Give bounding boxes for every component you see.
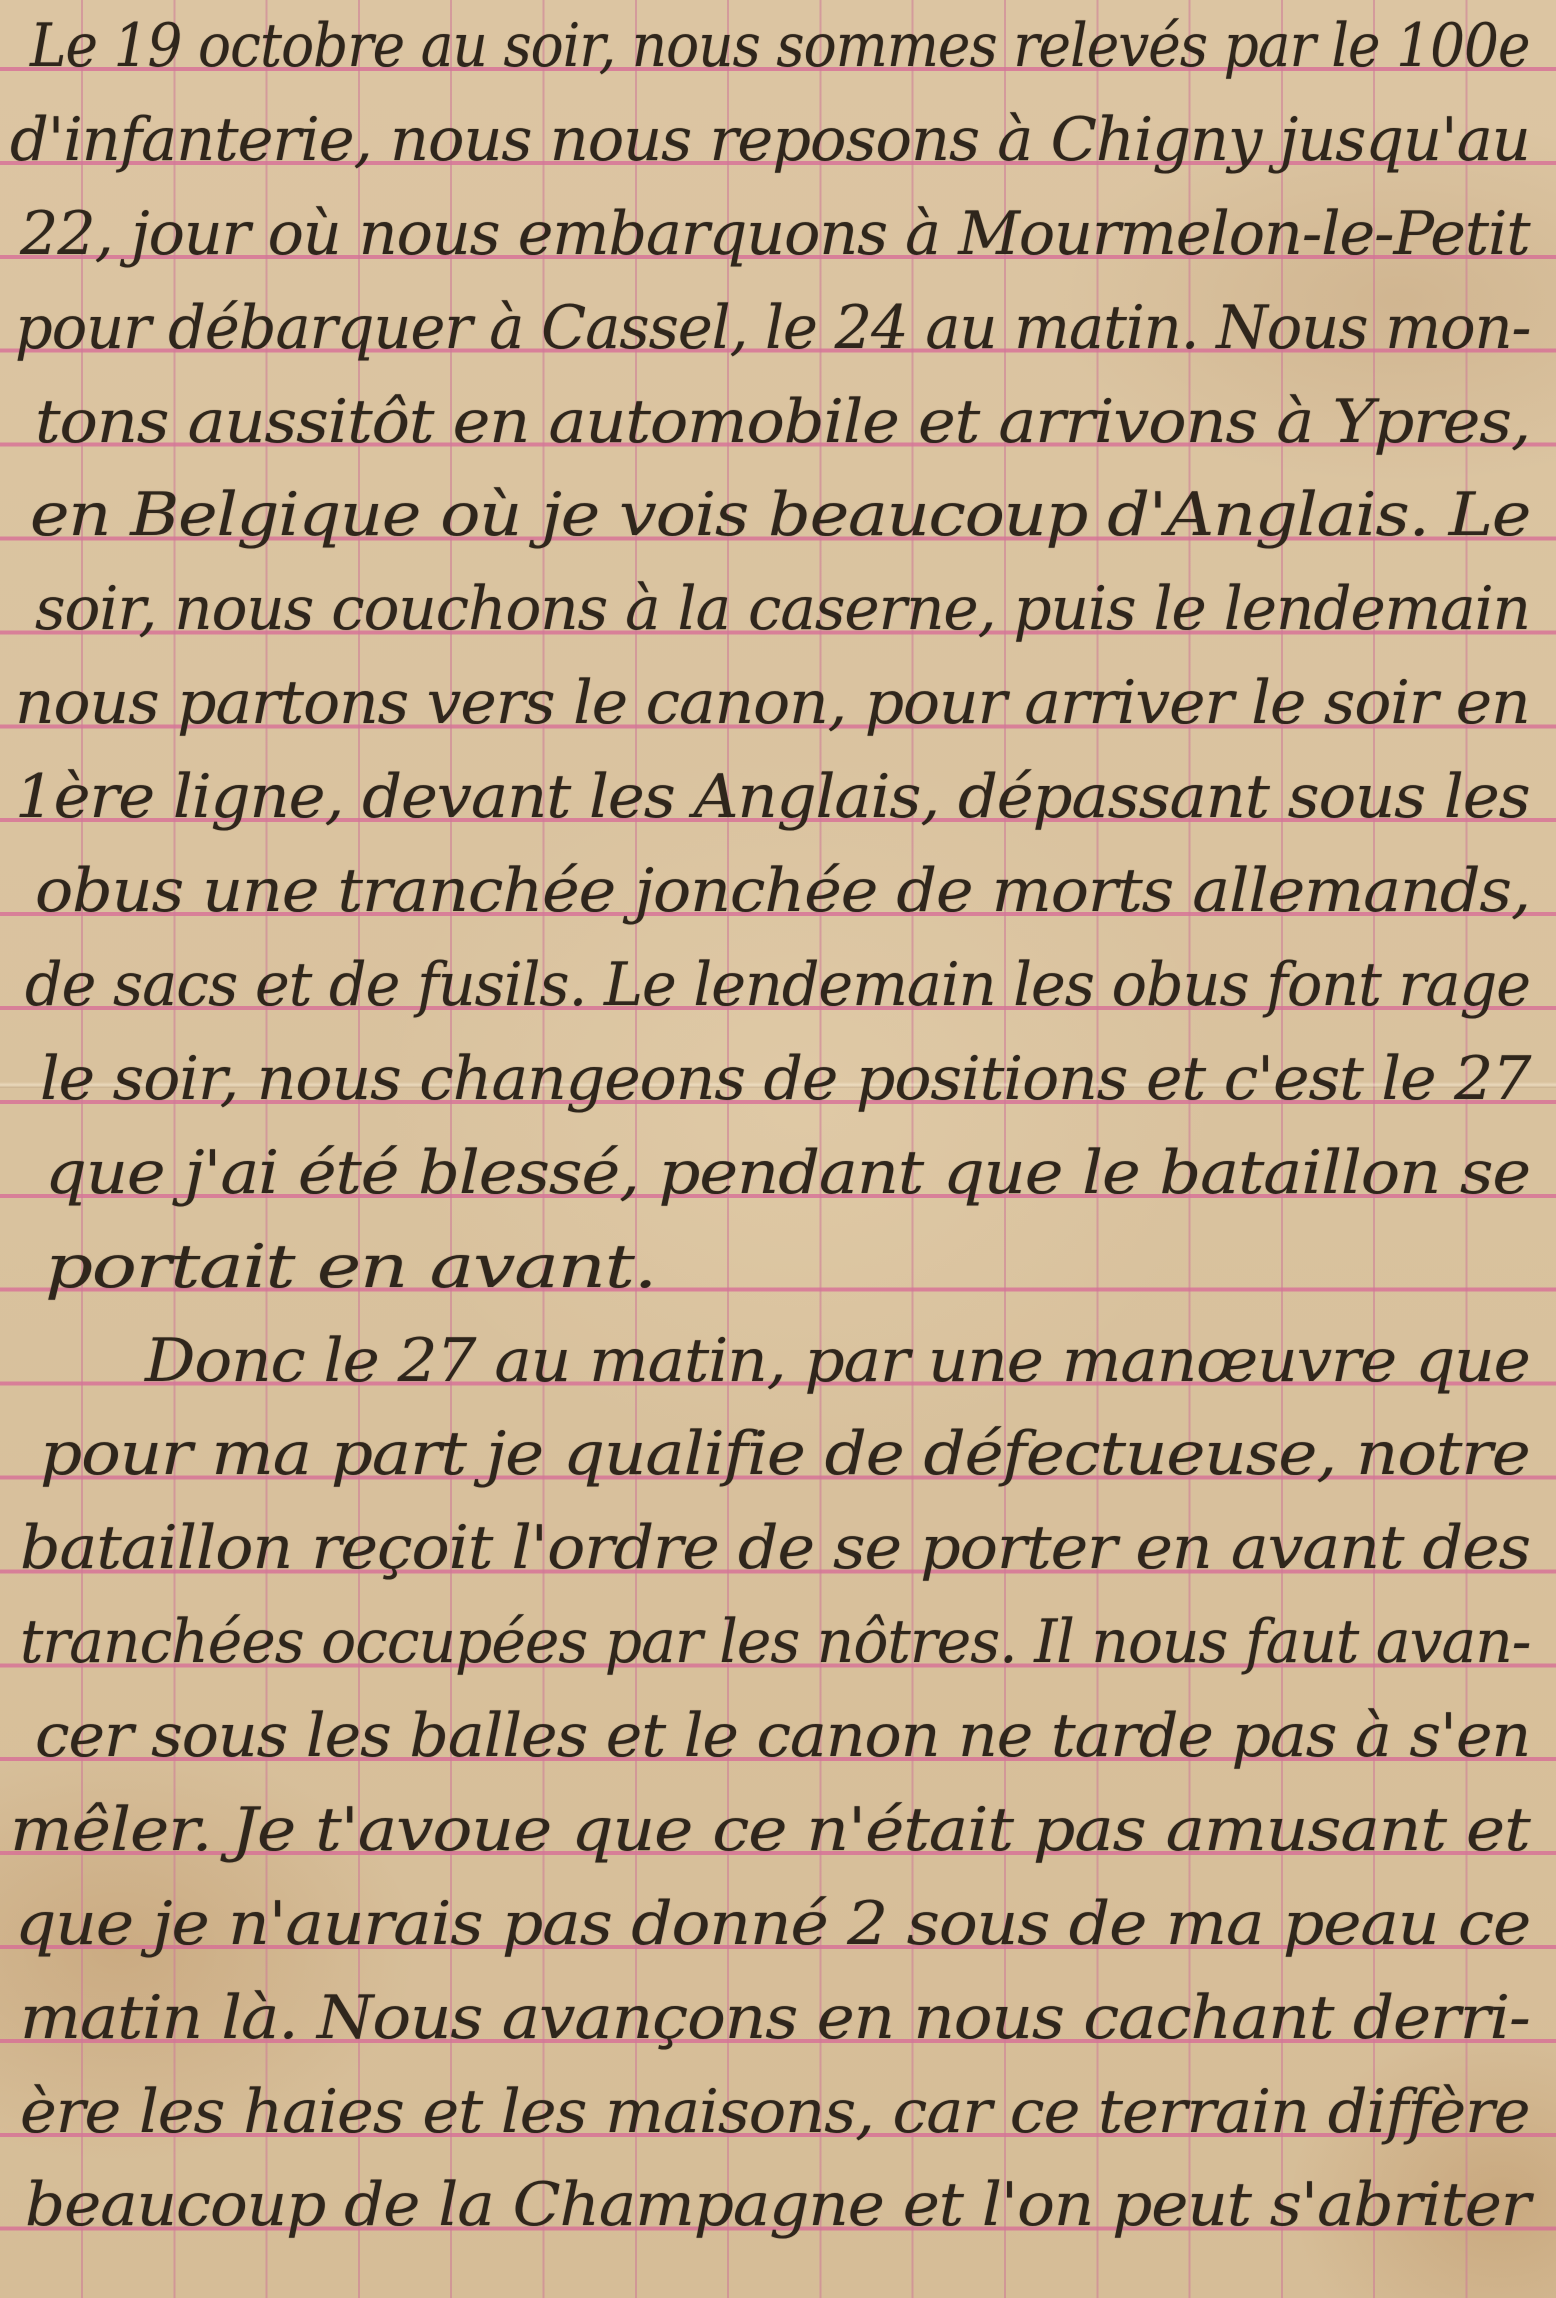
text-line: ère les haies et les maisons, car ce ter… <box>20 2082 1530 2142</box>
text-line: d'infanterie, nous nous reposons à Chign… <box>10 110 1530 170</box>
text-line: matin là. Nous avançons en nous cachant … <box>20 1988 1530 2048</box>
text-line: nous partons vers le canon, pour arriver… <box>15 673 1530 733</box>
text-line: pour débarquer à Cassel, le 24 au matin.… <box>15 298 1530 358</box>
text-line: le soir, nous changeons de positions et … <box>40 1049 1530 1109</box>
text-line: tons aussitôt en automobile et arrivons … <box>35 392 1530 452</box>
text-line: obus une tranchée jonchée de morts allem… <box>35 861 1530 921</box>
text-line: que j'ai été blessé, pendant que le bata… <box>45 1143 1530 1203</box>
text-line: beaucoup de la Champagne et l'on peut s'… <box>25 2175 1530 2235</box>
text-line: 1ère ligne, devant les Anglais, dépassan… <box>15 767 1530 827</box>
text-line: Le 19 octobre au soir, nous sommes relev… <box>30 16 1419 76</box>
text-line: soir, nous couchons à la caserne, puis l… <box>35 579 1530 639</box>
text-line: 22, jour où nous embarquons à Mourmelon-… <box>20 204 1530 264</box>
text-line: portait en avant. <box>45 1237 656 1297</box>
text-line: cer sous les balles et le canon ne tarde… <box>35 1706 1530 1766</box>
text-line: tranchées occupées par les nôtres. Il no… <box>20 1612 1530 1672</box>
letter-page: Le 19 octobre au soir, nous sommes relev… <box>0 0 1556 2298</box>
text-line: pour ma part je qualifie de défectueuse,… <box>40 1424 1530 1484</box>
text-line: mêler. Je t'avoue que ce n'était pas amu… <box>10 1800 1530 1860</box>
text-line: bataillon reçoit l'ordre de se porter en… <box>20 1518 1530 1578</box>
text-line: en Belgique où je vois beaucoup d'Anglai… <box>30 485 1530 545</box>
text-line: de sacs et de fusils. Le lendemain les o… <box>25 955 1530 1015</box>
text-line: que je n'aurais pas donné 2 sous de ma p… <box>15 1894 1530 1954</box>
text-line: Donc le 27 au matin, par une manœuvre qu… <box>145 1331 1530 1391</box>
